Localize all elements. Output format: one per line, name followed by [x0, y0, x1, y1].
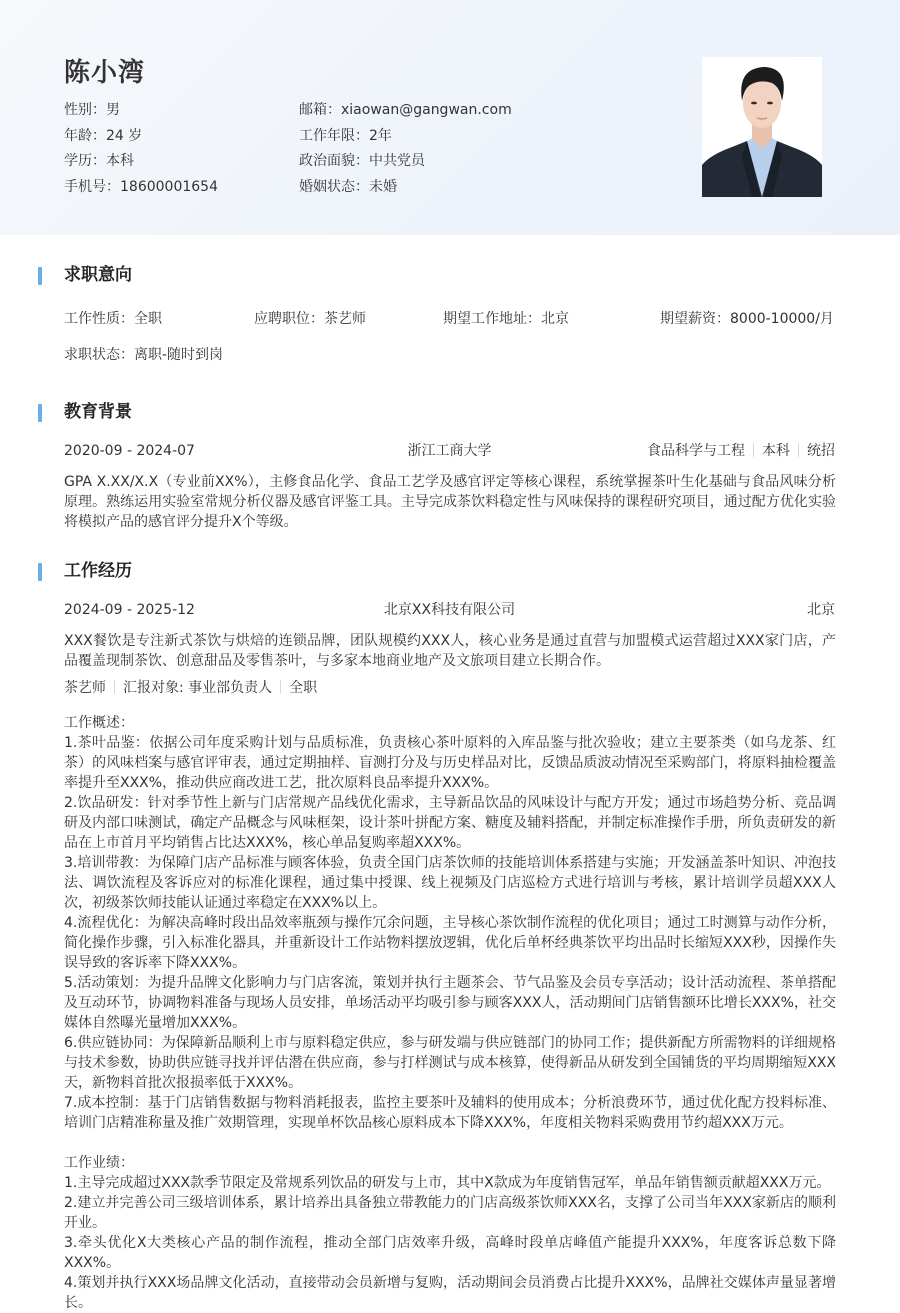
divider	[280, 680, 281, 694]
education-type: 统招	[807, 443, 835, 459]
info-phone: 手机号：18600001654	[64, 175, 218, 201]
overview-item: 2.饮品研发：针对季节性上新与门店常规产品线优化需求，主导新品饮品的风味设计与配…	[64, 793, 836, 853]
info-label: 手机号：	[64, 179, 120, 195]
intent-salary: 期望薪资：8000-10000/月	[660, 309, 834, 329]
work-employment-type: 全职	[289, 680, 317, 696]
intent-label: 求职状态：	[64, 347, 134, 363]
intent-position: 应聘职位：茶艺师	[254, 309, 366, 329]
overview-item: 6.供应链协同：为保障新品顺利上市与原料稳定供应，参与研发端与供应链部门的协同工…	[64, 1033, 836, 1093]
divider	[798, 443, 799, 457]
achievement-item: 3.牵头优化X大类核心产品的制作流程，推动全部门店效率升级，高峰时段单店峰值产能…	[64, 1233, 836, 1273]
accent-bar	[38, 267, 42, 285]
info-label: 邮箱：	[299, 102, 341, 118]
basic-info-right: 邮箱：xiaowan@gangwan.com 工作年限：2年 政治面貌：中共党员…	[299, 98, 512, 201]
info-work-years: 工作年限：2年	[299, 124, 512, 150]
intent-value: 8000-10000/月	[730, 311, 834, 327]
work-company: 北京XX科技有限公司	[64, 600, 835, 620]
overview-title: 工作概述：	[64, 713, 836, 733]
intent-label: 应聘职位：	[254, 311, 324, 327]
info-label: 学历：	[64, 153, 106, 169]
info-education: 学历：本科	[64, 149, 218, 175]
info-email: 邮箱：xiaowan@gangwan.com	[299, 98, 512, 124]
info-marital-status: 婚姻状态：未婚	[299, 175, 512, 201]
section-title: 工作经历	[0, 559, 900, 583]
intent-label: 期望工作地址：	[443, 311, 541, 327]
intent-value: 北京	[541, 311, 569, 327]
info-value: 男	[106, 102, 120, 118]
education-row: 2020-09 - 2024-07 浙江工商大学 食品科学与工程本科统招	[64, 441, 835, 461]
info-value: xiaowan@gangwan.com	[341, 102, 512, 118]
overview-item: 1.茶叶品鉴：依据公司年度采购计划与品质标准，负责核心茶叶原料的入库品鉴与批次验…	[64, 733, 836, 793]
education-details: 食品科学与工程本科统招	[647, 441, 835, 461]
info-label: 政治面貌：	[299, 153, 369, 169]
person-portrait-icon	[702, 57, 822, 197]
intent-value: 茶艺师	[324, 311, 366, 327]
achievements-title: 工作业绩：	[64, 1153, 836, 1173]
work-role-details: 茶艺师汇报对象: 事业部负责人全职	[64, 678, 317, 698]
work-role: 茶艺师	[64, 680, 106, 696]
intent-work-type: 工作性质：全职	[64, 309, 162, 329]
accent-bar	[38, 404, 42, 422]
section-title-text: 工作经历	[64, 559, 132, 583]
company-intro: XXX餐饮是专注新式茶饮与烘焙的连锁品牌，团队规模约XXX人，核心业务是通过直营…	[64, 631, 836, 671]
work-role-row: 茶艺师汇报对象: 事业部负责人全职	[64, 678, 835, 698]
info-label: 工作年限：	[299, 128, 369, 144]
section-title-text: 求职意向	[64, 263, 132, 287]
education-description: GPA X.XX/X.X（专业前XX%），主修食品化学、食品工艺学及感官评定等核…	[64, 472, 836, 532]
intent-status: 求职状态：离职-随时到岗	[64, 345, 223, 365]
work-row: 2024-09 - 2025-12 北京XX科技有限公司 北京	[64, 600, 835, 620]
overview-item: 3.培训带教：为保障门店产品标准与顾客体验，负责全国门店茶饮师的技能培训体系搭建…	[64, 853, 836, 913]
info-value: 2年	[369, 128, 392, 144]
work-location: 北京	[807, 600, 835, 620]
candidate-name: 陈小湾	[64, 52, 145, 89]
section-title: 教育背景	[0, 400, 900, 424]
info-value: 未婚	[369, 179, 397, 195]
section-work: 工作经历	[0, 559, 900, 583]
info-age: 年龄：24 岁	[64, 124, 218, 150]
education-major: 食品科学与工程	[647, 443, 745, 459]
info-gender: 性别：男	[64, 98, 218, 124]
overview-item: 4.流程优化：为解决高峰时段出品效率瓶颈与操作冗余问题，主导核心茶饮制作流程的优…	[64, 913, 836, 973]
intent-value: 全职	[134, 311, 162, 327]
divider	[753, 443, 754, 457]
resume-header: 陈小湾 性别：男 年龄：24 岁 学历：本科 手机号：18600001654 邮…	[0, 0, 900, 235]
accent-bar	[38, 563, 42, 581]
work-overview: 工作概述： 1.茶叶品鉴：依据公司年度采购计划与品质标准，负责核心茶叶原料的入库…	[64, 713, 836, 1275]
info-value: 中共党员	[369, 153, 425, 169]
intent-value: 离职-随时到岗	[134, 347, 223, 363]
info-label: 性别：	[64, 102, 106, 118]
intent-location: 期望工作地址：北京	[443, 309, 569, 329]
achievement-item: 2.建立并完善公司三级培训体系，累计培养出具备独立带教能力的门店高级茶饮师XXX…	[64, 1193, 836, 1233]
intent-label: 期望薪资：	[660, 311, 730, 327]
work-report-to: 汇报对象: 事业部负责人	[123, 680, 272, 696]
achievement-item: 1.主导完成超过XXX款季节限定及常规系列饮品的研发与上市，其中X款成为年度销售…	[64, 1173, 836, 1193]
education-degree: 本科	[762, 443, 790, 459]
section-title: 求职意向	[0, 263, 900, 287]
info-value: 24 岁	[106, 128, 142, 144]
info-label: 年龄：	[64, 128, 106, 144]
overview-item: 7.成本控制：基于门店销售数据与物料消耗报表，监控主要茶叶及辅料的使用成本；分析…	[64, 1093, 836, 1133]
intent-label: 工作性质：	[64, 311, 134, 327]
profile-photo	[702, 57, 822, 197]
section-title-text: 教育背景	[64, 400, 132, 424]
basic-info-left: 性别：男 年龄：24 岁 学历：本科 手机号：18600001654	[64, 98, 218, 201]
info-political-status: 政治面貌：中共党员	[299, 149, 512, 175]
section-education: 教育背景	[0, 400, 900, 424]
info-label: 婚姻状态：	[299, 179, 369, 195]
divider	[114, 680, 115, 694]
info-value: 本科	[106, 153, 134, 169]
spacer	[64, 1133, 836, 1153]
info-value: 18600001654	[120, 179, 218, 195]
section-job-intent: 求职意向	[0, 263, 900, 287]
overview-item: 5.活动策划：为提升品牌文化影响力与门店客流，策划并执行主题茶会、节气品鉴及会员…	[64, 973, 836, 1033]
